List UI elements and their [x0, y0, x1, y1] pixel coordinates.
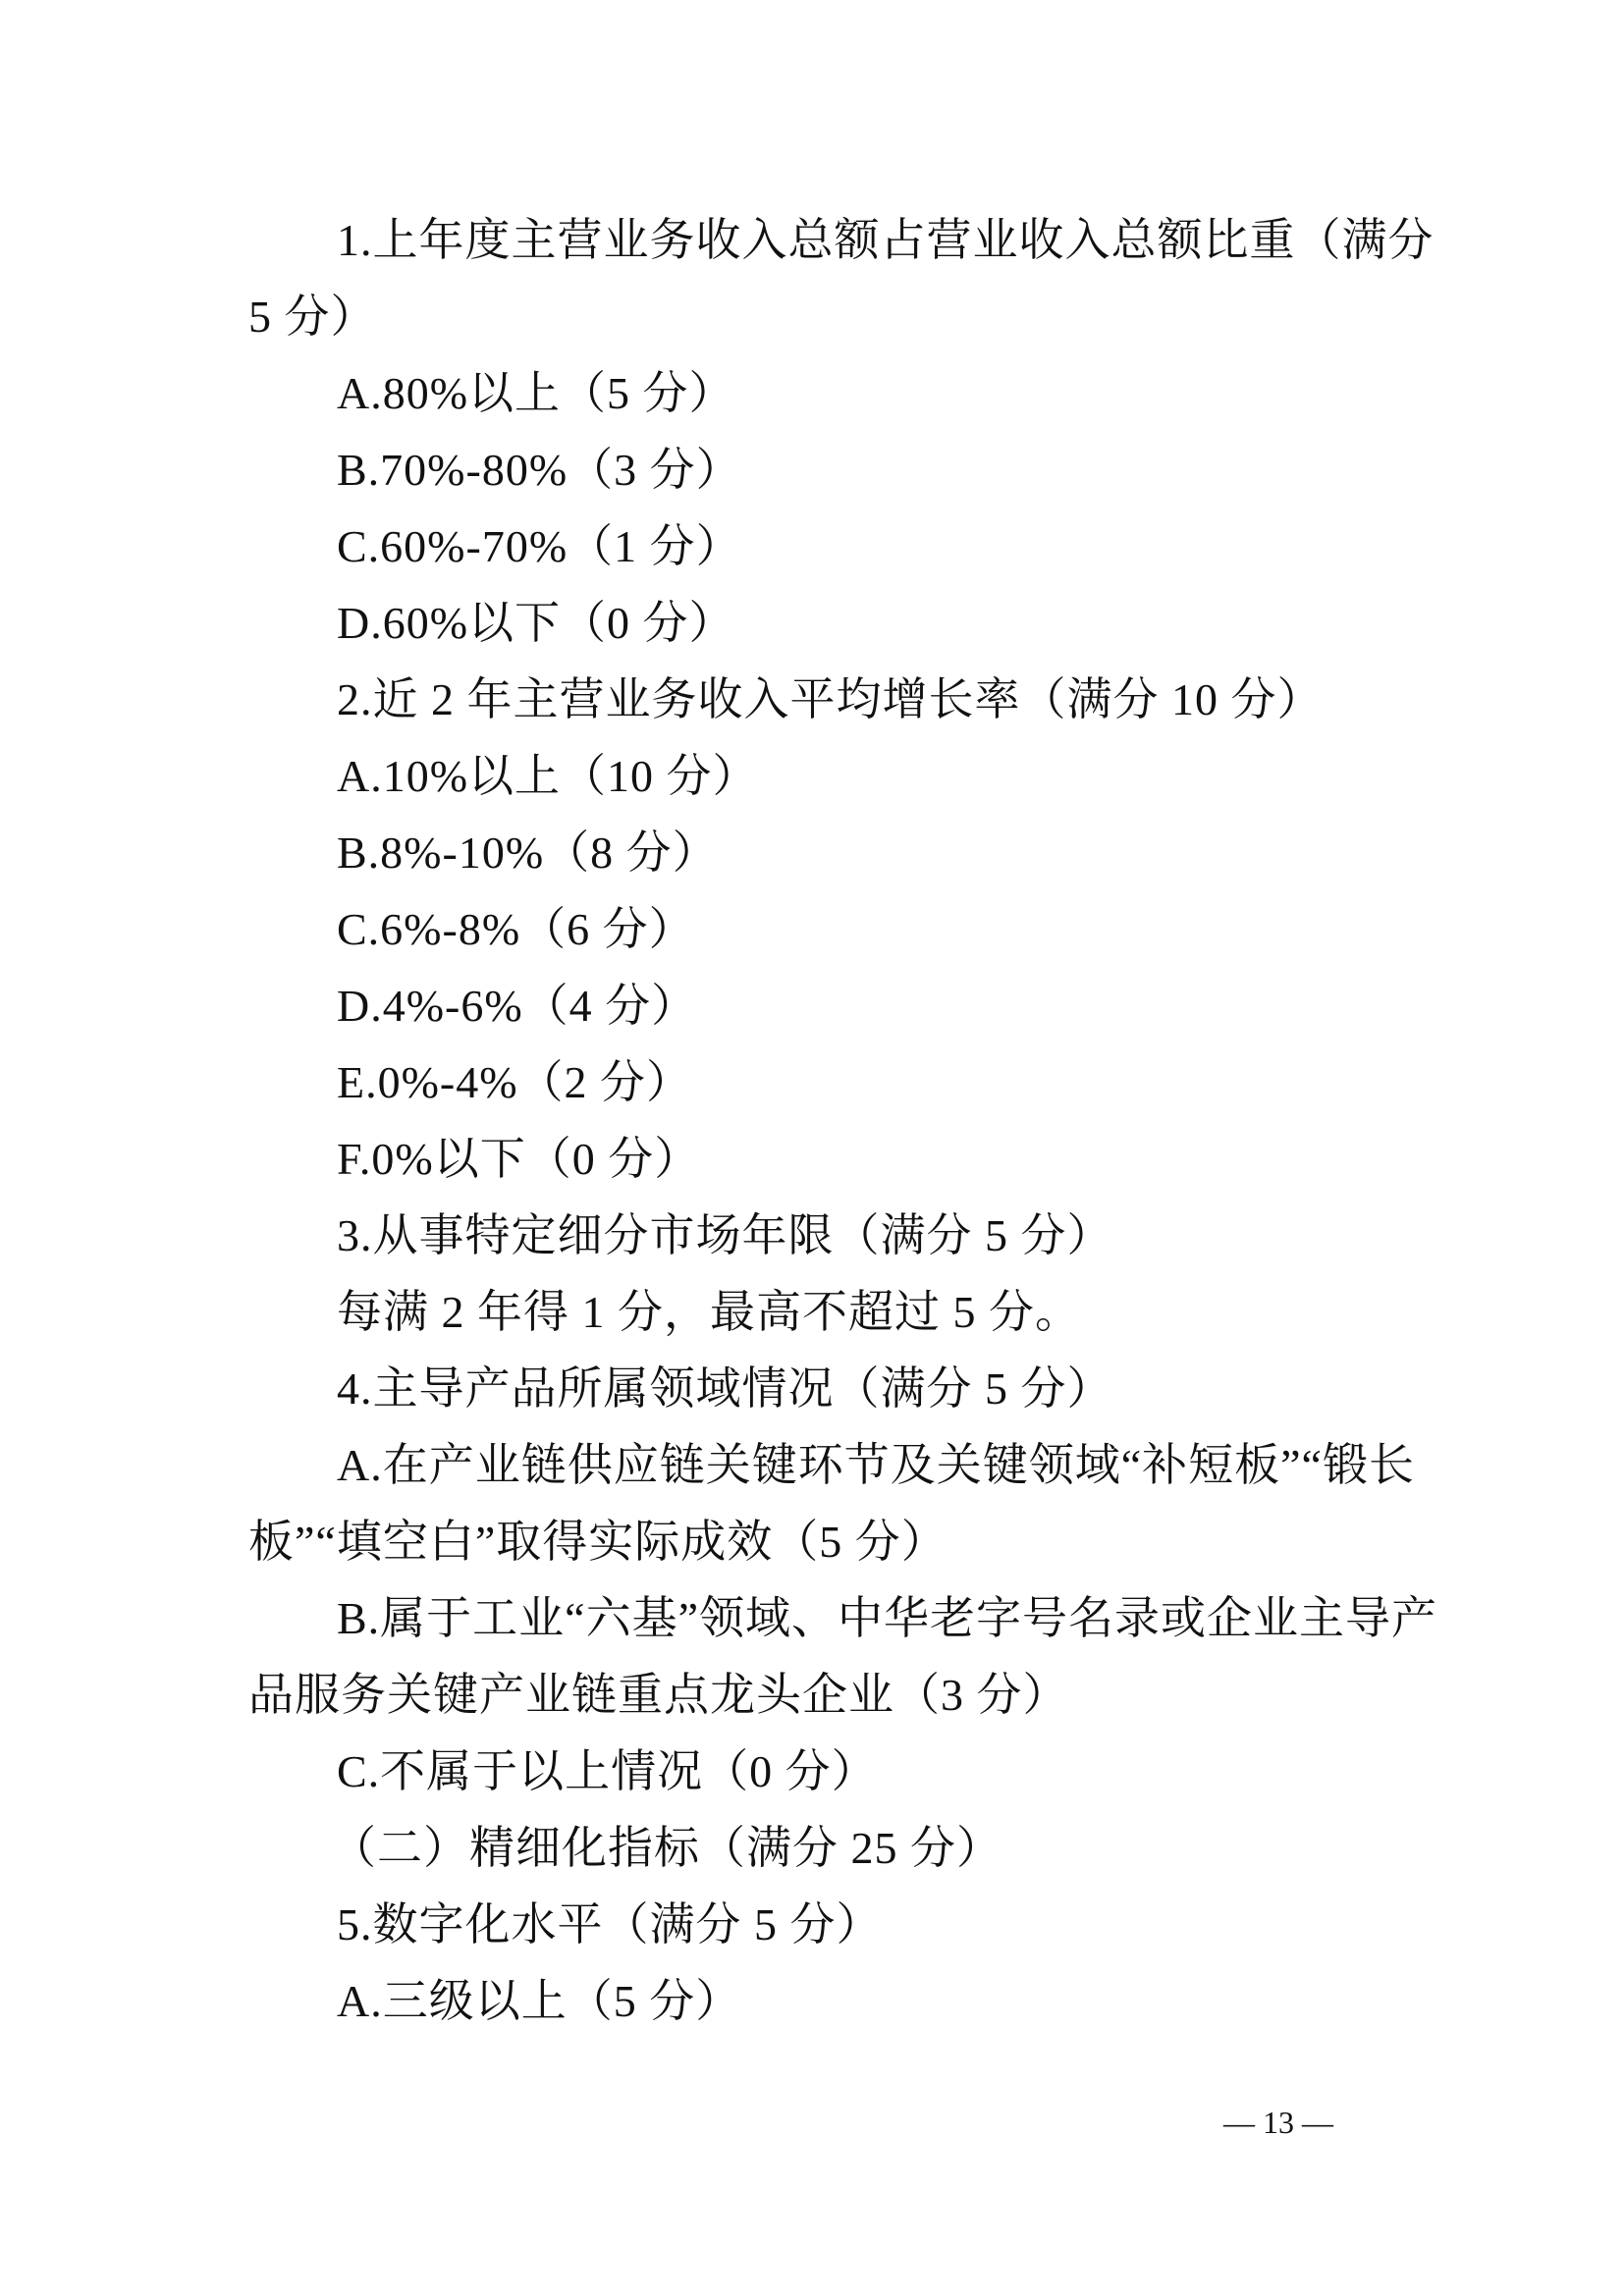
criterion-2-option-d: D.4%-6%（4 分） — [248, 968, 1378, 1044]
criterion-1-option-d: D.60%以下（0 分） — [248, 585, 1378, 662]
criterion-2-option-a: A.10%以上（10 分） — [248, 738, 1378, 815]
criterion-4-title: 4.主导产品所属领域情况（满分 5 分） — [248, 1351, 1378, 1427]
criterion-3-title: 3.从事特定细分市场年限（满分 5 分） — [248, 1198, 1378, 1274]
criterion-1-option-a: A.80%以上（5 分） — [248, 355, 1378, 432]
criterion-4-option-b: B.属于工业“六基”领域、中华老字号名录或企业主导产 — [248, 1580, 1378, 1657]
criterion-4-option-a-continued: 板”“填空白”取得实际成效（5 分） — [248, 1504, 1378, 1580]
criterion-1-title: 1.上年度主营业务收入总额占营业收入总额比重（满分 — [248, 202, 1378, 279]
criterion-3-rule: 每满 2 年得 1 分，最高不超过 5 分。 — [248, 1274, 1378, 1351]
criterion-4-option-c: C.不属于以上情况（0 分） — [248, 1734, 1378, 1810]
criterion-2-option-c: C.6%-8%（6 分） — [248, 891, 1378, 968]
criterion-2-title: 2.近 2 年主营业务收入平均增长率（满分 10 分） — [248, 662, 1378, 738]
criterion-1-title-continued: 5 分） — [248, 279, 1378, 355]
criterion-4-option-b-continued: 品服务关键产业链重点龙头企业（3 分） — [248, 1657, 1378, 1734]
document-page-body: 1.上年度主营业务收入总额占营业收入总额比重（满分 5 分） A.80%以上（5… — [248, 202, 1378, 2040]
section-heading-refinement: （二）精细化指标（满分 25 分） — [248, 1810, 1378, 1887]
criterion-2-option-e: E.0%-4%（2 分） — [248, 1044, 1378, 1121]
criterion-2-option-f: F.0%以下（0 分） — [248, 1121, 1378, 1198]
criterion-5-title: 5.数字化水平（满分 5 分） — [248, 1887, 1378, 1963]
page-number: — 13 — — [1223, 2103, 1333, 2142]
criterion-1-option-b: B.70%-80%（3 分） — [248, 432, 1378, 508]
criterion-2-option-b: B.8%-10%（8 分） — [248, 815, 1378, 891]
criterion-5-option-a: A.三级以上（5 分） — [248, 1963, 1378, 2040]
criterion-1-option-c: C.60%-70%（1 分） — [248, 508, 1378, 585]
criterion-4-option-a: A.在产业链供应链关键环节及关键领域“补短板”“锻长 — [248, 1427, 1378, 1504]
